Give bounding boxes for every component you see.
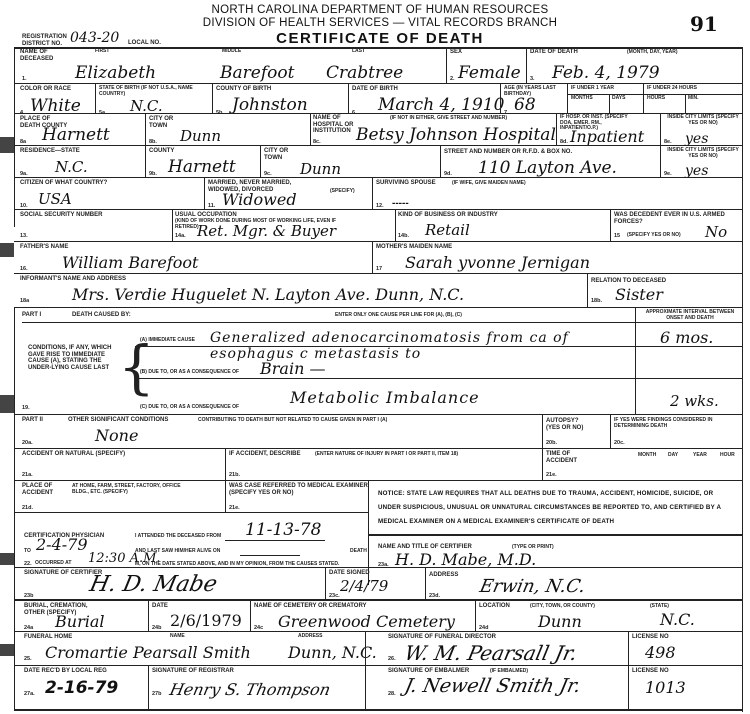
location-label: LOCATION [479,603,510,610]
age-value: 68 [514,97,536,113]
burial-value: Burial [55,614,104,630]
state-value: N.C. [660,612,695,628]
other-conditions-label: OTHER SIGNIFICANT CONDITIONS [68,417,168,424]
funeral-home-address-label: ADDRESS [298,634,322,640]
month-label: MONTH [638,453,656,459]
spouse-hint: (IF WIFE, GIVE MAIDEN NAME) [452,181,526,187]
date-signed-value: 2/4/79 [340,578,388,594]
street-value: 110 Layton Ave. [478,160,617,176]
sex-value: Female [458,65,521,81]
residence-county-value: Harnett [168,159,236,175]
registration-label: REGISTRATION DISTRICT NO. [22,34,70,47]
place-county-value: Harnett [42,127,110,143]
hospital-hint: (IF NOT IN EITHER, GIVE STREET AND NUMBE… [390,116,507,122]
middle-label: MIDDLE [222,49,241,55]
hour-label: HOUR [720,453,735,459]
state-label: (STATE) [650,604,669,610]
under-24-hours-label: IF UNDER 24 HOURS [647,86,697,92]
first-name-value: Elizabeth [75,65,156,81]
director-label: SIGNATURE OF FUNERAL DIRECTOR [388,634,496,641]
page-number: 91 [690,12,718,36]
residence-state-value: N.C. [55,159,88,175]
conditions-label: CONDITIONS, IF ANY, WHICH GAVE RISE TO I… [28,345,113,371]
funeral-home-name-label: NAME [170,634,185,640]
date-of-birth-value: March 4, 1910 [378,97,504,113]
local-no-label: LOCAL NO. [128,40,161,47]
business-value: Retail [425,222,470,238]
death-city-value: Dunn [180,128,221,144]
relation-value: Sister [615,287,663,303]
contributing-label: CONTRIBUTING TO DEATH BUT NOT RELATED TO… [198,418,387,424]
informant-value: Mrs. Verdie Huguelet N. Layton Ave. Dunn… [72,287,464,303]
last-name-value: Crabtree [326,65,403,81]
first-label: FIRST [95,49,109,55]
funeral-home-address-value: Dunn, N.C. [288,645,377,661]
residence-state-label: RESIDENCE—STATE [20,148,80,155]
occurred-label: OCCURRED AT [35,561,71,567]
cause-a-label: (a) IMMEDIATE CAUSE [140,338,195,344]
embalmer-license-value: 1013 [645,680,686,696]
marital-value: Widowed [222,192,297,208]
referred-label: WAS CASE REFERRED TO MEDICAL EXAMINER (S… [229,483,369,496]
attended-from-value: 11-13-78 [245,522,321,538]
inside-city-label-1: INSIDE CITY LIMITS (SPECIFY YES OR NO) [664,115,742,126]
months-label: MONTHS [571,96,593,102]
death-label: DEATH [350,549,367,555]
name-of-deceased-label: NAME OF DECEASED [20,49,65,62]
received-value: 2-16-79 [45,678,118,698]
citizen-value: USA [38,191,72,207]
interval-label: APPROXIMATE INTERVAL BETWEEN ONSET AND D… [640,310,740,321]
father-value: William Barefoot [62,255,198,271]
attended-to-value: 2-4-79 [36,537,88,553]
sex-label: SEX [450,49,462,56]
location-value: Dunn [538,614,582,630]
registrar-label: SIGNATURE OF REGISTRAR [152,668,234,675]
cause-b-label: (b) DUE TO, OR AS A CONSEQUENCE OF [140,370,239,376]
race-label: COLOR OR RACE [20,86,71,93]
other-conditions-value: None [95,428,138,444]
last-label: LAST [352,49,365,55]
findings-label: IF YES WERE FINDINGS CONSIDERED IN DETER… [614,418,739,429]
certificate-title: CERTIFICATE OF DEATH [250,30,510,47]
state-of-birth-value: N.C. [130,98,163,114]
date-signed-label: DATE SIGNED [329,570,370,577]
certifier-signature: H. D. Mabe [87,572,219,597]
received-label: DATE REC'D BY LOCAL REG [24,668,107,675]
time-of-accident-label: TIME OF ACCIDENT [546,451,591,464]
date-of-death-value: Feb. 4, 1979 [552,65,660,81]
cause-c-value: Metabolic Imbalance [290,390,480,406]
under-1-year-label: IF UNDER 1 YEAR [571,86,614,92]
registrar-signature: Henry S. Thompson [168,680,332,699]
place-of-accident-label: PLACE OF ACCIDENT [22,483,67,496]
burial-date-label: DATE [152,603,168,610]
part-1-label: PART I [22,312,41,319]
location-hint: (CITY, TOWN, OR COUNTY) [530,604,595,610]
spouse-value: ----- [392,198,409,209]
armed-forces-value: No [705,224,727,240]
minutes-label: MIN. [688,96,699,102]
hours-label: HOURS [647,96,665,102]
certifier-address-value: Erwin, N.C. [478,576,588,597]
medical-examiner-notice: NOTICE: STATE LAW REQUIRES THAT ALL DEAT… [378,487,738,529]
inside-city-label-2: INSIDE CITY LIMITS (SPECIFY YES OR NO) [664,148,742,159]
state-of-birth-label: STATE OF BIRTH (IF NOT U.S.A., NAME COUN… [99,86,209,97]
director-license-value: 498 [645,645,676,661]
day-label: DAY [668,453,678,459]
occupation-value: Ret. Mgr. & Buyer [197,223,336,239]
date-of-death-label: DATE OF DEATH [530,49,578,56]
director-license-label: LICENSE NO [632,634,669,641]
year-label: YEAR [693,453,707,459]
street-label: STREET AND NUMBER OR R.F.D. & BOX NO. [444,149,572,156]
days-label: DAYS [612,96,625,102]
death-city-label: CITY OR TOWN [149,116,179,129]
race-value: White [30,98,81,114]
accident-describe-label: IF ACCIDENT, DESCRIBE [229,451,300,458]
cause-c-interval: 2 wks. [670,393,719,409]
marital-hint: (SPECIFY) [330,189,355,195]
residence-city-value: Dunn [300,161,341,177]
autopsy-label: AUTOPSY? (YES OR NO) [546,418,591,431]
ssn-label: SOCIAL SECURITY NUMBER [20,212,102,219]
funeral-home-value: Cromartie Pearsall Smith [45,645,251,661]
burial-date-value: 2/6/1979 [170,613,242,629]
to-label: TO [24,549,31,555]
agency-line-2: DIVISION OF HEALTH SERVICES — VITAL RECO… [190,17,570,29]
signature-label: SIGNATURE OF CERTIFIER [24,570,102,577]
accident-describe-hint: (ENTER NATURE OF INJURY IN PART I OR PAR… [315,452,458,458]
citizen-label: CITIZEN OF WHAT COUNTRY? [20,180,107,187]
date-of-death-hint: (MONTH, DAY, YEAR) [627,50,678,56]
embalmer-signature: J. Newell Smith Jr. [403,675,583,697]
relation-label: RELATION TO DECEASED [591,278,666,285]
attended-label: I ATTENDED THE DECEASED FROM [135,534,221,540]
death-caused-by-label: DEATH CAUSED BY: [72,312,131,319]
armed-forces-hint: (SPECIFY YES OR NO) [627,233,681,239]
spouse-label: SURVIVING SPOUSE [376,180,436,187]
cause-c-label: (c) DUE TO, OR AS A CONSEQUENCE OF [140,405,239,411]
hospital-value: Betsy Johnson Hospital [356,127,556,143]
cause-b-value: Brain — [260,361,325,377]
date-of-birth-label: DATE OF BIRTH [352,86,398,93]
cause-a-interval: 6 mos. [660,330,713,346]
middle-name-value: Barefoot [220,65,294,81]
embalmer-license-label: LICENSE NO [632,668,669,675]
part-2-label: PART II [22,417,43,424]
county-of-birth-label: COUNTY OF BIRTH [216,86,271,93]
funeral-home-label: FUNERAL HOME [24,634,72,641]
business-label: KIND OF BUSINESS OR INDUSTRY [398,212,498,219]
registration-value: 043-20 [70,30,119,46]
county-of-birth-value: Johnston [232,97,308,113]
cemetery-value: Greenwood Cemetery [278,614,455,630]
father-label: FATHER'S NAME [20,244,68,251]
place-of-accident-hint: AT HOME, FARM, STREET, FACTORY, OFFICE B… [72,484,192,495]
informant-label: INFORMANT'S NAME AND ADDRESS [20,276,126,283]
name-title-value: H. D. Mabe, M.D. [395,552,536,568]
embalmer-hint: (IF EMBALMED) [490,669,528,675]
residence-county-label: COUNTY [149,148,174,155]
mother-label: MOTHER'S MAIDEN NAME [376,244,452,251]
director-signature: W. M. Pearsall Jr. [402,641,579,665]
embalmer-label: SIGNATURE OF EMBALMER [388,668,469,675]
cemetery-label: NAME OF CEMETERY OR CREMATORY [254,603,367,610]
one-cause-label: ENTER ONLY ONE CAUSE PER LINE FOR (a), (… [335,313,462,319]
address-label: ADDRESS [429,572,458,579]
residence-city-label: CITY OR TOWN [264,148,294,161]
hospital-type-value: Inpatient [570,129,644,145]
mother-value: Sarah yvonne Jernigan [405,255,590,271]
accident-natural-label: ACCIDENT OR NATURAL (SPECIFY) [22,451,125,458]
agency-line-1: NORTH CAROLINA DEPARTMENT OF HUMAN RESOU… [190,4,570,16]
